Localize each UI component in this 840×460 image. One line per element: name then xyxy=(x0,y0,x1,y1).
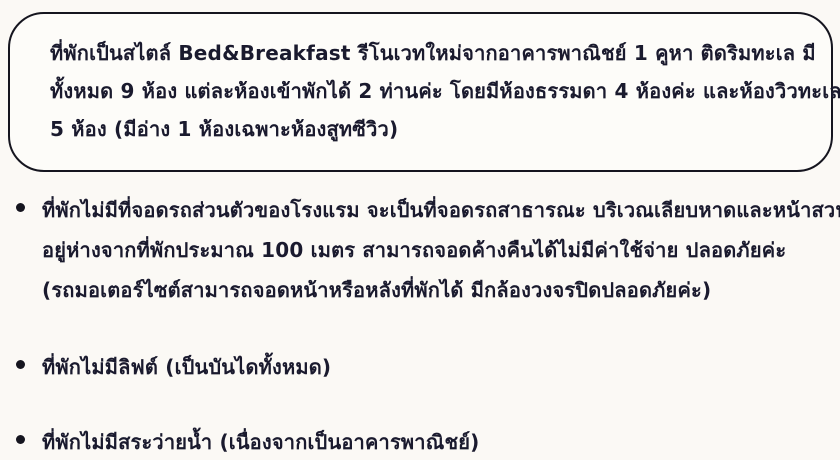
accommodation-notes-page: ที่พักเป็นสไตล์ Bed&Breakfast รีโนเวทใหม… xyxy=(0,0,840,460)
bullet-text: ที่พักไม่มีที่จอดรถส่วนตัวของโรงแรม จะเป… xyxy=(42,190,840,310)
bullet-text: ที่พักไม่มีลิฟต์ (เป็นบันไดทั้งหมด) xyxy=(42,347,834,387)
bullet-line: ที่พักไม่มีที่จอดรถส่วนตัวของโรงแรม จะเป… xyxy=(42,190,840,230)
bullet-line: ที่พักไม่มีลิฟต์ (เป็นบันไดทั้งหมด) xyxy=(42,347,834,387)
intro-line: 5 ห้อง (มีอ่าง 1 ห้องเฉพาะห้องสูทซีวิว) xyxy=(50,110,803,148)
bullet-text: ที่พักไม่มีสระว่ายน้ำ (เนื่องจากเป็นอาคา… xyxy=(42,422,834,460)
bullet-line: (รถมอเตอร์ไซต์สามารถจอดหน้าหรือหลังที่พั… xyxy=(42,270,840,310)
intro-line: ที่พักเป็นสไตล์ Bed&Breakfast รีโนเวทใหม… xyxy=(50,34,803,72)
intro-box: ที่พักเป็นสไตล์ Bed&Breakfast รีโนเวทใหม… xyxy=(8,12,833,172)
bullet-dot-icon xyxy=(16,360,25,369)
bullet-dot-icon xyxy=(16,203,25,212)
intro-line: ทั้งหมด 9 ห้อง แต่ละห้องเข้าพักได้ 2 ท่า… xyxy=(50,72,803,110)
bullet-item-no-elevator: ที่พักไม่มีลิฟต์ (เป็นบันไดทั้งหมด) xyxy=(16,347,834,387)
bullet-line: ที่พักไม่มีสระว่ายน้ำ (เนื่องจากเป็นอาคา… xyxy=(42,422,834,460)
bullet-line: อยู่ห่างจากที่พักประมาณ 100 เมตร สามารถจ… xyxy=(42,230,840,270)
bullet-dot-icon xyxy=(16,435,25,444)
bullet-item-no-pool: ที่พักไม่มีสระว่ายน้ำ (เนื่องจากเป็นอาคา… xyxy=(16,422,834,460)
bullet-item-parking: ที่พักไม่มีที่จอดรถส่วนตัวของโรงแรม จะเป… xyxy=(16,190,834,310)
